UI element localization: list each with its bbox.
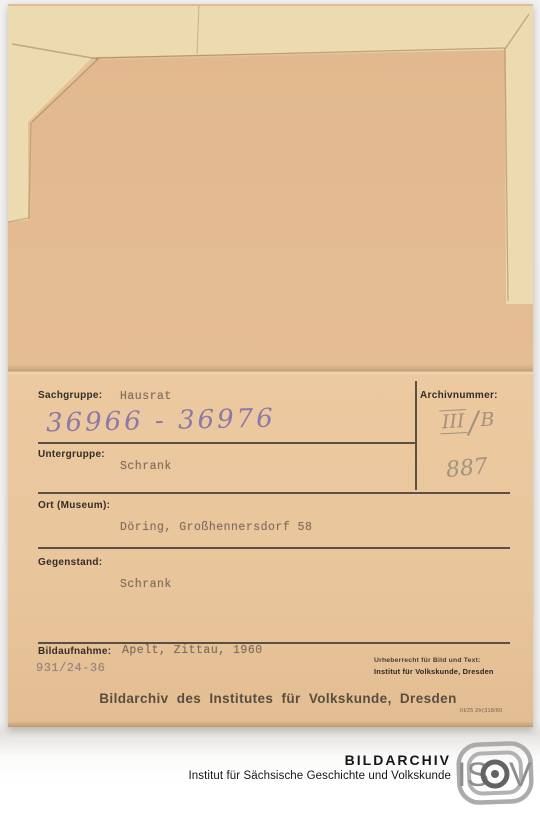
footer-institute-name: Institut für Sächsische Geschichte und V…: [188, 768, 451, 784]
fold-crease: [8, 364, 533, 376]
section-line-3: [38, 642, 510, 644]
archivnummer-handwritten-line2: 887: [445, 454, 489, 483]
bildaufnahme-label: Bildaufnahme:: [38, 646, 111, 657]
copyright-line2: Institut für Volkskunde, Dresden: [374, 666, 494, 677]
inventory-underline: [38, 442, 415, 444]
section-line-1: [38, 492, 510, 494]
isgv-logo: IS V: [451, 741, 535, 811]
envelope-bottom-edge: [8, 721, 533, 727]
untergruppe-label: Untergruppe:: [38, 449, 105, 460]
sachgruppe-label: Sachgruppe:: [38, 390, 102, 401]
gegenstand-label: Gegenstand:: [38, 557, 102, 568]
print-code: III/25 2Ir(318/60: [460, 708, 502, 714]
archivnummer-label: Archivnummer:: [420, 390, 498, 401]
film-number: 931/24-36: [36, 661, 105, 675]
copyright-line1: Urheberrecht für Bild und Text:: [374, 655, 494, 666]
copyright-block: Urheberrecht für Bild und Text: Institut…: [374, 655, 494, 677]
sachgruppe-value: Hausrat: [120, 390, 172, 403]
ort-museum-label: Ort (Museum):: [38, 500, 110, 511]
ort-museum-value: Döring, Großhennersdorf 58: [120, 521, 312, 534]
footer-bildarchiv-title: BILDARCHIV: [188, 752, 451, 768]
logo-letter-v: V: [509, 756, 532, 794]
archivnummer-handwritten-line1: III/B: [439, 405, 495, 443]
archivnummer-slash: /: [468, 405, 480, 440]
archive-envelope: Sachgruppe: Hausrat Archivnummer: 36966 …: [8, 4, 533, 727]
envelope-imprint: Bildarchiv des Institutes für Volkskunde…: [8, 691, 540, 706]
archivnummer-divider: [415, 381, 417, 490]
gegenstand-value: Schrank: [120, 578, 172, 591]
inventory-number-handwritten: 36966 - 36976: [46, 404, 276, 439]
section-line-2: [38, 547, 510, 549]
footer-institution-block: BILDARCHIV Institut für Sächsische Gesch…: [188, 752, 451, 784]
untergruppe-value: Schrank: [120, 460, 172, 473]
bildaufnahme-value: Apelt, Zittau, 1960: [122, 644, 263, 657]
archivnummer-roman: III: [439, 409, 467, 434]
archivnummer-letter: B: [480, 409, 495, 432]
